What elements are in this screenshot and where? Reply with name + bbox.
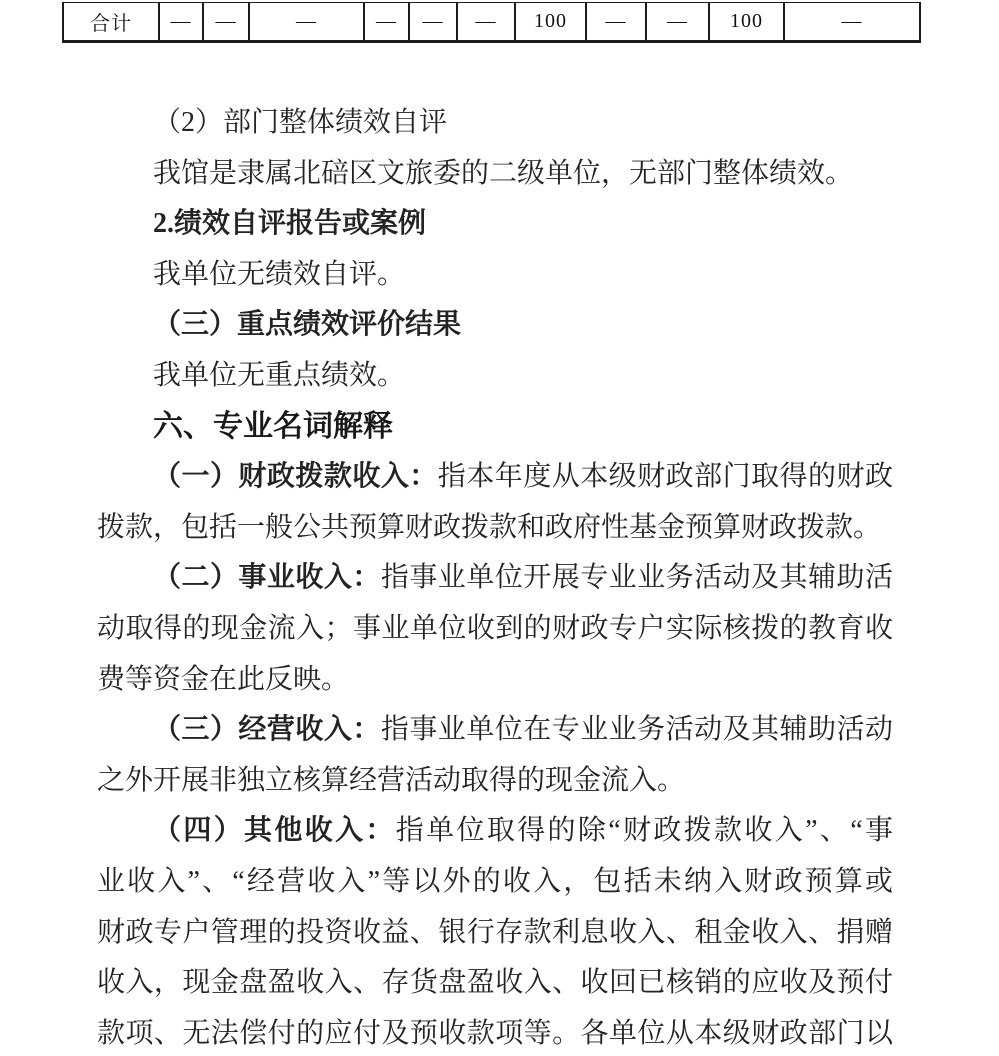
table-cell: — bbox=[587, 3, 647, 40]
table-cell-value: 合计 bbox=[90, 7, 132, 36]
term-label-bold: （四）其他收入： bbox=[153, 815, 396, 846]
text-run: 指事业单位开展专业业务活动及其辅助活 bbox=[381, 562, 893, 593]
table-cell: — bbox=[160, 3, 204, 40]
text-run: 指事业单位在专业业务活动及其辅助活动 bbox=[381, 714, 893, 745]
text-run: 款项、无法偿付的应付及预收款项等。各单位从本级财政部门以 bbox=[97, 1018, 893, 1049]
document-page: 合计——————100——100— （2）部门整体绩效自评我馆是隶属北碚区文旅委… bbox=[0, 0, 999, 1056]
table-cell: — bbox=[458, 3, 516, 40]
text-line: 拨款，包括一般公共预算财政拨款和政府性基金预算财政拨款。 bbox=[97, 503, 893, 554]
table-cell-value: — bbox=[171, 10, 192, 33]
text-line: （三）重点绩效评价结果 bbox=[97, 300, 893, 351]
term-label-bold: （三）重点绩效评价结果 bbox=[153, 309, 461, 340]
table-cell: 100 bbox=[710, 3, 785, 40]
para-term-other-income: （四）其他收入：指单位取得的除“财政拨款收入”、“事业收入”、“经营收入”等以外… bbox=[97, 806, 893, 1056]
para-no-selfeval: 我单位无绩效自评。 bbox=[97, 250, 893, 301]
text-run: （2）部门整体绩效自评 bbox=[153, 107, 447, 138]
table-cell-value: — bbox=[423, 10, 444, 33]
budget-summary-total-row: 合计——————100——100— bbox=[62, 2, 921, 43]
text-run: 我单位无重点绩效。 bbox=[153, 360, 405, 391]
text-line: 费等资金在此反映。 bbox=[97, 655, 893, 706]
text-run: 费等资金在此反映。 bbox=[97, 664, 349, 695]
text-run: 收入，现金盘盈收入、存货盘盈收入、收回已核销的应收及预付 bbox=[97, 967, 893, 998]
text-line: 六、专业名词解释 bbox=[97, 402, 893, 453]
table-cell: — bbox=[250, 3, 365, 40]
table-cell: 合计 bbox=[64, 3, 160, 40]
text-line: 业收入”、“经营收入”等以外的收入，包括未纳入财政预算或 bbox=[97, 857, 893, 908]
text-run: 拨款，包括一般公共预算财政拨款和政府性基金预算财政拨款。 bbox=[97, 512, 881, 543]
table-cell-value: 100 bbox=[534, 10, 567, 33]
table-cell-value: — bbox=[606, 10, 627, 33]
term-label-bold: （一）财政拨款收入： bbox=[153, 461, 438, 492]
table-cell-value: — bbox=[476, 10, 497, 33]
para-no-key-performance: 我单位无重点绩效。 bbox=[97, 351, 893, 402]
text-line: （三）经营收入：指事业单位在专业业务活动及其辅助活动 bbox=[97, 705, 893, 756]
table-cell: — bbox=[647, 3, 710, 40]
text-run: 财政专户管理的投资收益、银行存款利息收入、租金收入、捐赠 bbox=[97, 917, 893, 948]
text-run: 指本年度从本级财政部门取得的财政 bbox=[438, 461, 893, 492]
table-cell: — bbox=[410, 3, 458, 40]
table-cell: — bbox=[204, 3, 250, 40]
text-line: （四）其他收入：指单位取得的除“财政拨款收入”、“事 bbox=[97, 806, 893, 857]
term-label-bold: （二）事业收入： bbox=[153, 562, 381, 593]
table-cell-value: — bbox=[376, 10, 397, 33]
table-cell: 100 bbox=[516, 3, 587, 40]
text-line: 我单位无绩效自评。 bbox=[97, 250, 893, 301]
heading-terms-explanation: 六、专业名词解释 bbox=[97, 402, 893, 453]
table-cell-value: 100 bbox=[730, 10, 763, 33]
term-label-bold: 2.绩效自评报告或案例 bbox=[153, 208, 426, 239]
text-line: 2.绩效自评报告或案例 bbox=[97, 199, 893, 250]
para-dept-overall-selfeval-heading: （2）部门整体绩效自评 bbox=[97, 98, 893, 149]
table-cell-value: — bbox=[296, 10, 317, 33]
para-dept-overall-note: 我馆是隶属北碚区文旅委的二级单位，无部门整体绩效。 bbox=[97, 149, 893, 200]
text-run: 之外开展非独立核算经营活动取得的现金流入。 bbox=[97, 765, 685, 796]
text-line: 财政专户管理的投资收益、银行存款利息收入、租金收入、捐赠 bbox=[97, 908, 893, 959]
text-line: 款项、无法偿付的应付及预收款项等。各单位从本级财政部门以 bbox=[97, 1009, 893, 1056]
para-term-fiscal-appropriation-income: （一）财政拨款收入：指本年度从本级财政部门取得的财政拨款，包括一般公共预算财政拨… bbox=[97, 452, 893, 553]
document-body: （2）部门整体绩效自评我馆是隶属北碚区文旅委的二级单位，无部门整体绩效。2.绩效… bbox=[97, 98, 893, 1056]
table-cell: — bbox=[785, 3, 919, 40]
table-cell-value: — bbox=[667, 10, 688, 33]
text-line: （2）部门整体绩效自评 bbox=[97, 98, 893, 149]
text-line: 之外开展非独立核算经营活动取得的现金流入。 bbox=[97, 756, 893, 807]
table-cell-value: — bbox=[842, 10, 863, 33]
para-key-performance-heading: （三）重点绩效评价结果 bbox=[97, 300, 893, 351]
table-cell: — bbox=[365, 3, 410, 40]
text-run: 我单位无绩效自评。 bbox=[153, 259, 405, 290]
text-run: 业收入”、“经营收入”等以外的收入，包括未纳入财政预算或 bbox=[97, 866, 893, 897]
text-run: 动取得的现金流入；事业单位收到的财政专户实际核拨的教育收 bbox=[97, 613, 893, 644]
para-term-institution-income: （二）事业收入：指事业单位开展专业业务活动及其辅助活动取得的现金流入；事业单位收… bbox=[97, 553, 893, 705]
para-term-business-income: （三）经营收入：指事业单位在专业业务活动及其辅助活动之外开展非独立核算经营活动取… bbox=[97, 705, 893, 806]
text-line: 我单位无重点绩效。 bbox=[97, 351, 893, 402]
text-line: 收入，现金盘盈收入、存货盘盈收入、收回已核销的应收及预付 bbox=[97, 958, 893, 1009]
term-label-bold: （三）经营收入： bbox=[153, 714, 381, 745]
text-run: 我馆是隶属北碚区文旅委的二级单位，无部门整体绩效。 bbox=[153, 158, 853, 189]
text-line: 动取得的现金流入；事业单位收到的财政专户实际核拨的教育收 bbox=[97, 604, 893, 655]
term-label-bold: 六、专业名词解释 bbox=[153, 410, 393, 443]
para-selfeval-report-heading: 2.绩效自评报告或案例 bbox=[97, 199, 893, 250]
text-line: 我馆是隶属北碚区文旅委的二级单位，无部门整体绩效。 bbox=[97, 149, 893, 200]
text-line: （一）财政拨款收入：指本年度从本级财政部门取得的财政 bbox=[97, 452, 893, 503]
text-run: 指单位取得的除“财政拨款收入”、“事 bbox=[396, 815, 893, 846]
text-line: （二）事业收入：指事业单位开展专业业务活动及其辅助活 bbox=[97, 553, 893, 604]
table-cell-value: — bbox=[216, 10, 237, 33]
